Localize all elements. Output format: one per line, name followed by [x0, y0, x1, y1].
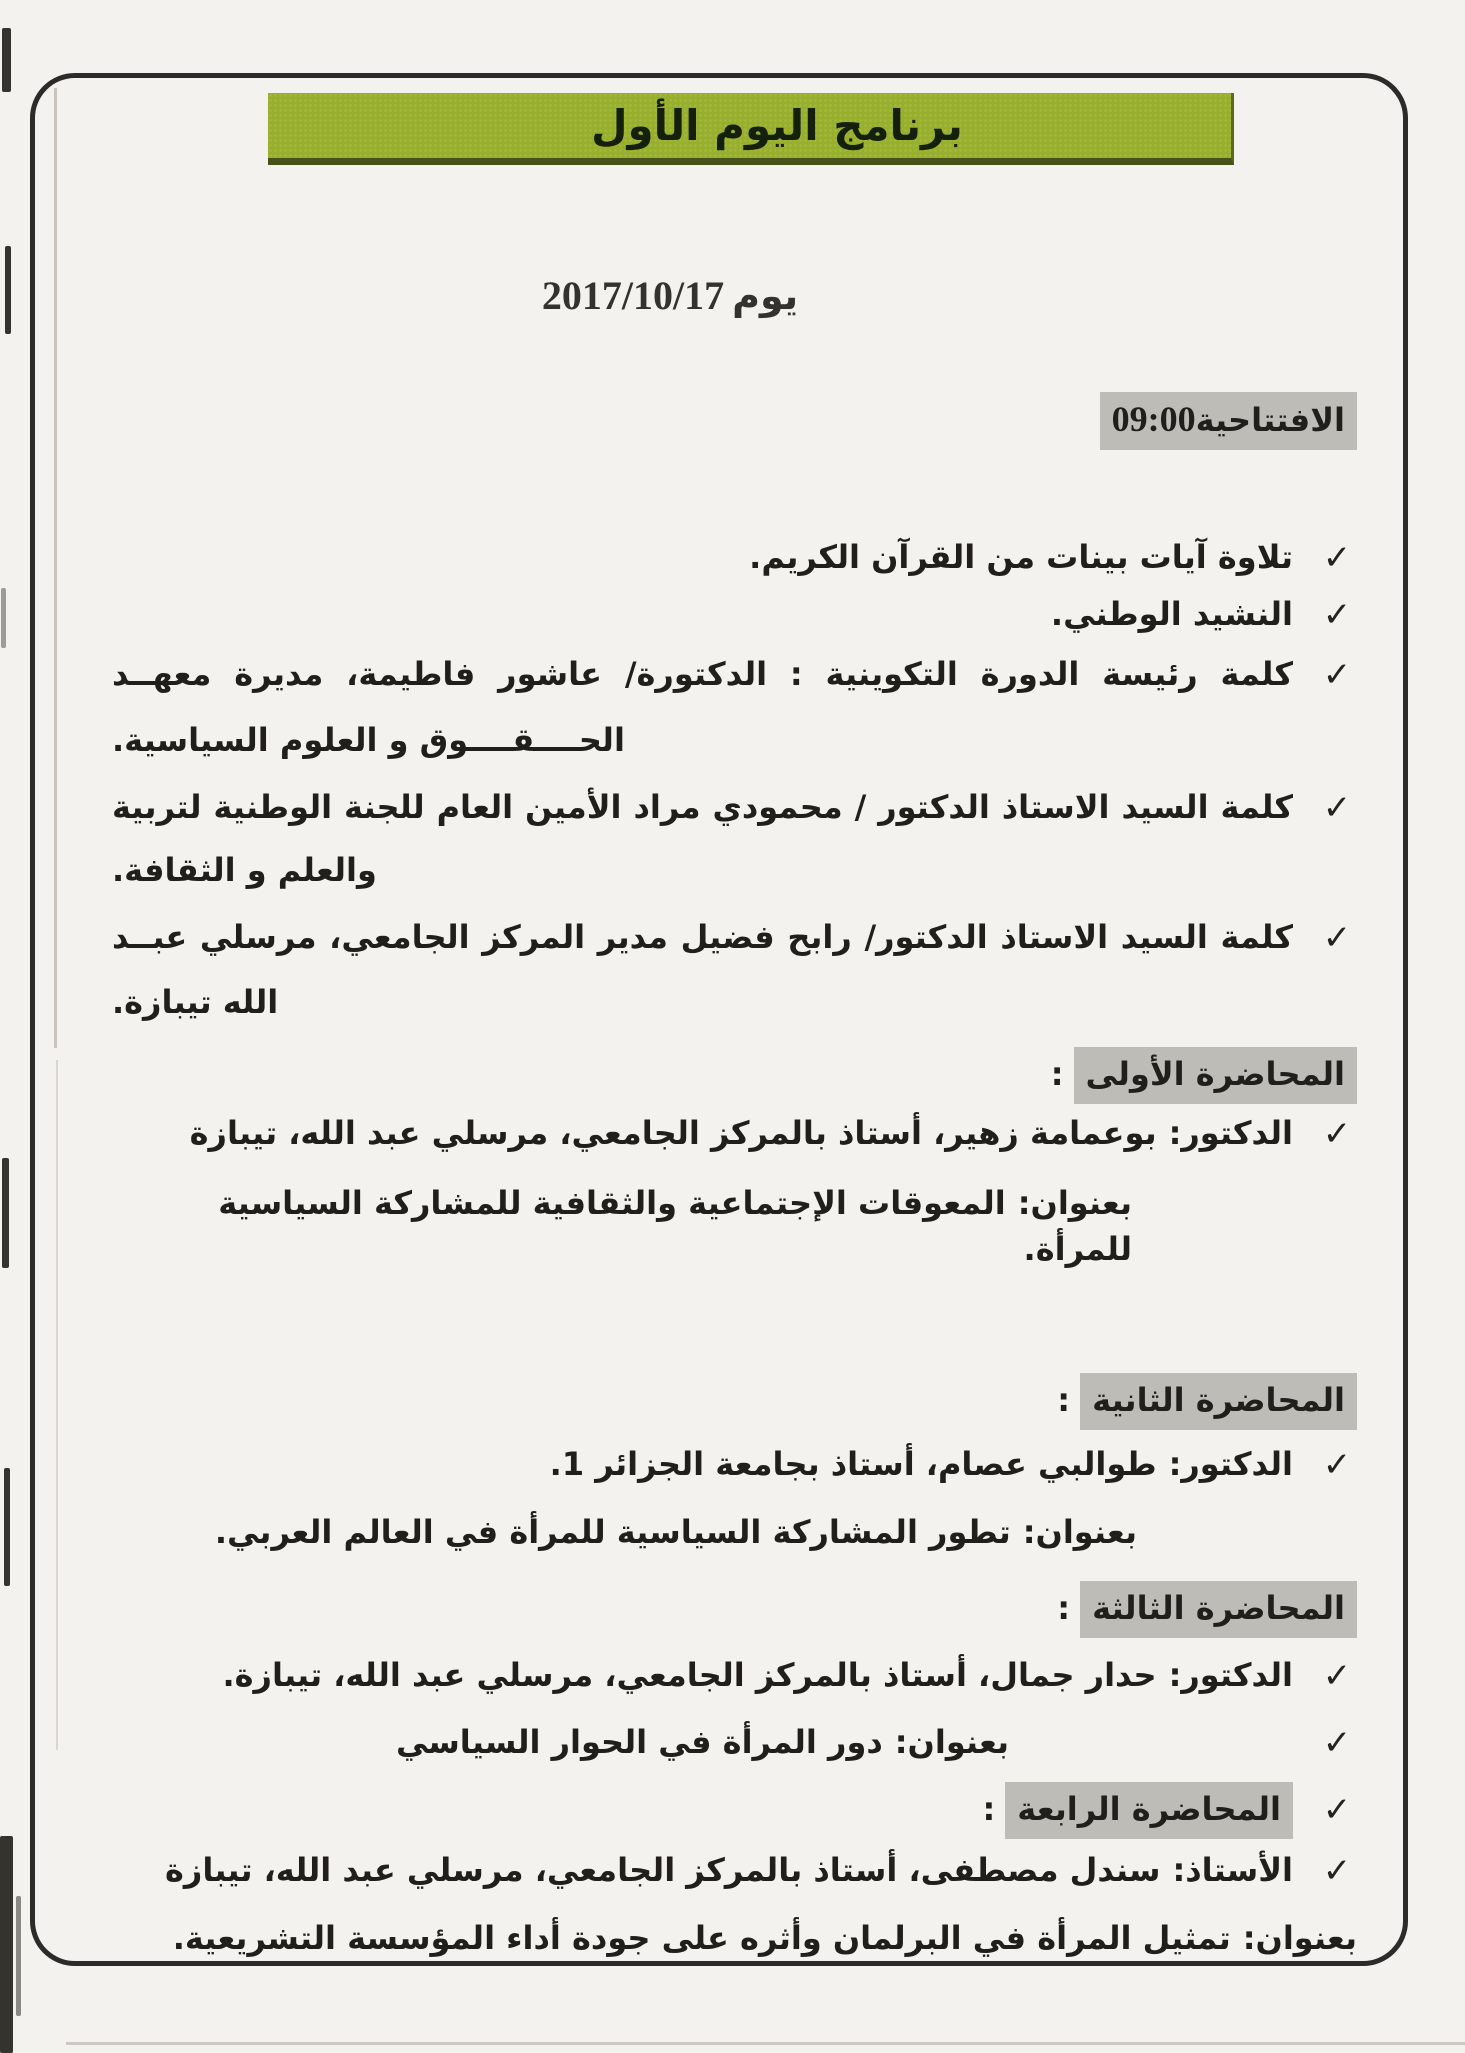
lecture-heading-row: المحاضرة الثانية :	[112, 1373, 1357, 1430]
lecture-heading-row: المحاضرة الثالثة :	[112, 1581, 1357, 1638]
heading-colon: :	[1057, 1377, 1070, 1423]
scan-artifact	[2, 1158, 9, 1268]
check-icon: ✓	[1317, 915, 1357, 961]
scan-artifact	[4, 1468, 10, 1586]
opening-session-title: الافتتاحية	[1196, 401, 1345, 439]
text-segment: كلمة رئيسة الدورة التكوينية : الدكتورة/	[602, 655, 1293, 693]
title-text: تطور المشاركة السياسية للمرأة في العالم …	[215, 1513, 1011, 1551]
opening-session-row: الافتتاحية09:00	[112, 392, 1357, 450]
lecture-title-row: ✓ بعنوان:دور المرأة في الحوار السياسي	[112, 1719, 1357, 1765]
title-text: دور المرأة في الحوار السياسي	[396, 1723, 883, 1761]
text-segment: كلمة السيد الاستاذ الدكتور/	[852, 918, 1293, 956]
program-item: ✓ كلمة السيد الاستاذ الدكتور/ رابح فضيل …	[112, 914, 1357, 960]
date-value: 2017/10/17	[542, 273, 724, 318]
lecture-heading-row: ✓ المحاضرة الرابعة :	[112, 1782, 1357, 1839]
speaker-label: الدكتور:	[1169, 1445, 1293, 1483]
speaker-name: رابح فضيل	[681, 918, 852, 956]
lecture-speaker-row: ✓ الدكتور:طوالبي عصام، أستاذ بجامعة الجز…	[112, 1441, 1357, 1487]
check-icon: ✓	[1317, 1787, 1357, 1833]
scan-artifact	[0, 1836, 13, 2053]
program-item: ✓ كلمة رئيسة الدورة التكوينية : الدكتورة…	[112, 651, 1357, 697]
check-icon: ✓	[1317, 1653, 1357, 1699]
program-item-text: تلاوة آيات بينات من القرآن الكريم.	[112, 534, 1293, 580]
speaker-text: سندل مصطفى، أستاذ بالمركز الجامعي، مرسلي…	[165, 1851, 1160, 1889]
check-icon: ✓	[1317, 1442, 1357, 1488]
program-item-text: كلمة السيد الاستاذ الدكتور / محمودي مراد…	[112, 784, 1293, 830]
text-segment: مدير المركز الجامعي، مرسلي عبــد	[112, 918, 681, 956]
program-item-text: كلمة رئيسة الدورة التكوينية : الدكتورة/ …	[112, 651, 1293, 697]
text-segment: مديرة معهــد	[112, 655, 346, 693]
lecture-speaker: الدكتور:بوعمامة زهير، أستاذ بالمركز الجا…	[112, 1110, 1293, 1156]
lecture-heading: المحاضرة الثالثة	[1080, 1581, 1357, 1638]
title-label: بعنوان:	[1023, 1513, 1137, 1551]
title-text: تمثيل المرأة في البرلمان وأثره على جودة …	[173, 1919, 1231, 1957]
title-banner: برنامج اليوم الأول	[268, 93, 1234, 165]
heading-colon: :	[1051, 1051, 1064, 1097]
lecture-title-row: بعنوان:تمثيل المرأة في البرلمان وأثره عل…	[112, 1915, 1357, 1961]
program-item-text: كلمة السيد الاستاذ الدكتور/ رابح فضيل مد…	[112, 914, 1293, 960]
scan-artifact	[1, 588, 6, 648]
speaker-label: الدكتور:	[1169, 1114, 1293, 1152]
check-icon: ✓	[1317, 1848, 1357, 1894]
scan-artifact	[66, 2042, 1465, 2045]
lecture-title-row: بعنوان:المعوقات الإجتماعية والثقافية للم…	[112, 1180, 1357, 1272]
check-icon: ✓	[1317, 1720, 1357, 1766]
page-title: برنامج اليوم الأول	[536, 101, 963, 150]
opening-session-time: 09:00	[1112, 399, 1196, 439]
speaker-label: الدكتور:	[1169, 1656, 1293, 1694]
speaker-label: الأستاذ:	[1172, 1851, 1293, 1889]
scanned-program-page: { "colors": { "banner_green": "#98ae2e",…	[0, 0, 1465, 2053]
heading-colon: :	[982, 1786, 995, 1832]
lecture-title: بعنوان:تمثيل المرأة في البرلمان وأثره عل…	[112, 1915, 1357, 1961]
speaker-text: طوالبي عصام، أستاذ بجامعة الجزائر 1.	[550, 1445, 1157, 1483]
title-label: بعنوان:	[1243, 1919, 1357, 1957]
lecture-heading: المحاضرة الأولى	[1074, 1047, 1357, 1104]
speaker-name: عاشور فاطيمة،	[346, 655, 602, 693]
program-item: ✓ تلاوة آيات بينات من القرآن الكريم.	[112, 534, 1357, 580]
program-item-continuation: الله تيبازة.	[112, 979, 1357, 1025]
title-text: المعوقات الإجتماعية والثقافية للمشاركة ا…	[218, 1184, 1132, 1268]
speaker-text: بوعمامة زهير، أستاذ بالمركز الجامعي، مرس…	[190, 1114, 1157, 1152]
lecture-title: بعنوان:تطور المشاركة السياسية للمرأة في …	[112, 1509, 1137, 1555]
title-label: بعنوان:	[895, 1723, 1009, 1761]
text-segment: كلمة السيد الاستاذ الدكتور /	[843, 788, 1293, 826]
scan-artifact	[2, 28, 11, 92]
text-segment: الأمين العام للجنة الوطنية لتربية	[112, 788, 633, 826]
lecture-heading: المحاضرة الرابعة	[1005, 1782, 1293, 1839]
check-icon: ✓	[1317, 535, 1357, 581]
check-icon: ✓	[1317, 785, 1357, 831]
heading-colon: :	[1057, 1585, 1070, 1631]
program-body: الافتتاحية09:00 ✓ تلاوة آيات بينات من ال…	[112, 392, 1357, 1961]
check-icon: ✓	[1317, 652, 1357, 698]
lecture-heading-row: المحاضرة الأولى :	[112, 1047, 1357, 1104]
date-line: يوم2017/10/17	[80, 272, 1260, 319]
lecture-title: بعنوان:دور المرأة في الحوار السياسي	[112, 1719, 1293, 1765]
scan-artifact	[5, 246, 11, 334]
lecture-speaker: الدكتور:حدار جمال، أستاذ بالمركز الجامعي…	[112, 1652, 1293, 1698]
program-item: ✓ النشيد الوطني.	[112, 591, 1357, 637]
program-item-continuation: الحــــقــــوق و العلوم السياسية.	[112, 717, 1357, 763]
date-word: يوم	[732, 274, 798, 318]
program-item-continuation: والعلم و الثقافة.	[112, 847, 1357, 893]
speaker-text: حدار جمال، أستاذ بالمركز الجامعي، مرسلي …	[222, 1656, 1156, 1694]
check-icon: ✓	[1317, 1111, 1357, 1157]
lecture-speaker: الأستاذ:سندل مصطفى، أستاذ بالمركز الجامع…	[112, 1847, 1293, 1893]
lecture-speaker-row: ✓ الدكتور:حدار جمال، أستاذ بالمركز الجام…	[112, 1652, 1357, 1698]
lecture-speaker: الدكتور:طوالبي عصام، أستاذ بجامعة الجزائ…	[112, 1441, 1293, 1487]
program-item-text: النشيد الوطني.	[112, 591, 1293, 637]
lecture-speaker-row: ✓ الدكتور:بوعمامة زهير، أستاذ بالمركز ال…	[112, 1110, 1357, 1156]
opening-session-heading: الافتتاحية09:00	[1100, 392, 1357, 450]
scan-artifact	[16, 1896, 21, 2016]
lecture-speaker-row: ✓ الأستاذ:سندل مصطفى، أستاذ بالمركز الجا…	[112, 1847, 1357, 1893]
program-item: ✓ كلمة السيد الاستاذ الدكتور / محمودي مر…	[112, 784, 1357, 830]
lecture-title: بعنوان:المعوقات الإجتماعية والثقافية للم…	[112, 1180, 1132, 1272]
check-icon: ✓	[1317, 592, 1357, 638]
lecture-heading: المحاضرة الثانية	[1080, 1373, 1357, 1430]
speaker-name: محمودي مراد	[633, 788, 842, 826]
title-label: بعنوان:	[1018, 1184, 1132, 1222]
lecture-title-row: بعنوان:تطور المشاركة السياسية للمرأة في …	[112, 1509, 1357, 1555]
